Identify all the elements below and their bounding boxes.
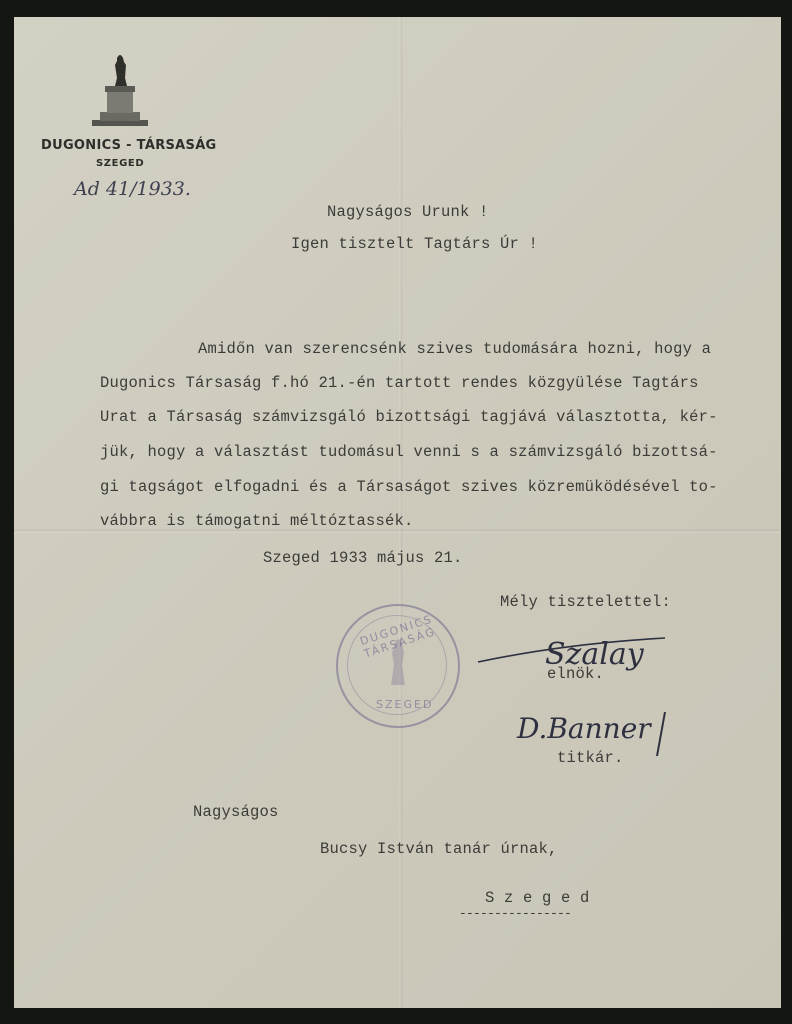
address-recipient: Bucsy István tanár úrnak,	[320, 840, 558, 858]
society-stamp: DUGONICS TÁRSASÁG SZEGED	[336, 604, 460, 728]
closing: Mély tisztelettel:	[500, 593, 671, 611]
svg-text:D.Banner: D.Banner	[516, 712, 652, 745]
statue-icon	[90, 50, 150, 128]
stamp-statue-icon	[386, 638, 410, 688]
president-title: elnök.	[547, 665, 604, 683]
date-line: Szeged 1933 május 21.	[263, 549, 463, 567]
address-city: S z e g e d	[485, 889, 590, 907]
body-line: jük, hogy a választást tudomásul venni s…	[100, 443, 718, 461]
address-honorific: Nagyságos	[193, 803, 279, 821]
address-underline: ----------------	[459, 906, 571, 921]
body-line: Amidőn van szerencsénk szives tudomására…	[198, 340, 711, 358]
handwritten-reference: Ad 41/1933.	[74, 178, 191, 200]
secretary-title: titkár.	[557, 749, 624, 767]
organization-name: DUGONICS - TÁRSASÁG	[41, 138, 217, 153]
organization-city: SZEGED	[96, 158, 144, 169]
body-line: gi tagságot elfogadni és a Társaságot sz…	[100, 478, 718, 496]
body-line: Urat a Társaság számvizsgáló bizottsági …	[100, 408, 718, 426]
body-line: vábbra is támogatni méltóztassék.	[100, 512, 414, 530]
salutation-line-1: Nagyságos Urunk !	[327, 203, 489, 221]
body-line: Dugonics Társaság f.hó 21.-én tartott re…	[100, 374, 699, 392]
salutation-line-2: Igen tisztelt Tagtárs Úr !	[291, 235, 538, 253]
